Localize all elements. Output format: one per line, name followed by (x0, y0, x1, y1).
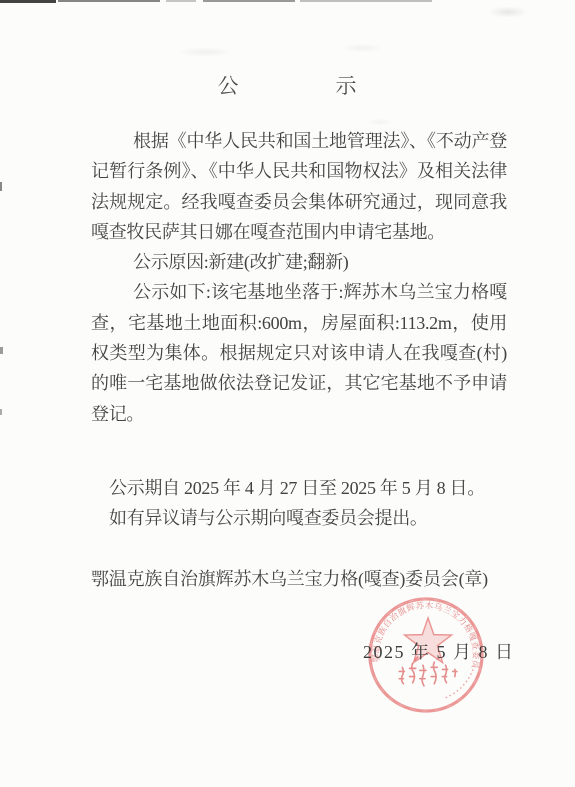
title-char-1: 公 (218, 70, 240, 100)
public-notice-document: 公 示 根据《中华人民共和国土地管理法》、《不动产登记暂行条例》、《中华人民共和… (0, 0, 575, 787)
scan-artifact-left-edge (0, 347, 3, 354)
paragraph-legal-basis: 根据《中华人民共和国土地管理法》、《不动产登记暂行条例》、《中华人民共和国物权法… (91, 126, 507, 247)
notice-period: 公示期自 2025 年 4 月 27 日至 2025 年 5 月 8 日。 如有… (91, 473, 507, 534)
scan-artifact-top (166, 0, 196, 2)
scan-artifact-top (0, 0, 56, 3)
page-title: 公 示 (0, 70, 575, 100)
title-char-2: 示 (336, 70, 358, 100)
notice-body: 根据《中华人民共和国土地管理法》、《不动产登记暂行条例》、《中华人民共和国物权法… (91, 126, 507, 429)
scan-artifact-left-edge (0, 182, 2, 191)
paragraph-objection-note: 如有异议请与公示期向嘎查委员会提出。 (91, 503, 507, 533)
seal-dotted-arc (445, 665, 475, 698)
paragraph-publicity-period: 公示期自 2025 年 4 月 27 日至 2025 年 5 月 8 日。 (91, 473, 507, 503)
signature-date: 2025 年 5 月 8 日 (363, 638, 515, 664)
scan-artifact-top (300, 0, 432, 2)
paragraph-notice-reason: 公示原因:新建(改扩建;翻新) (91, 247, 507, 277)
paragraph-notice-details: 公示如下:该宅基地坐落于:辉苏木乌兰宝力格嘎查，宅基地土地面积:600m，房屋面… (91, 277, 507, 428)
scan-artifact-top (203, 0, 295, 2)
scan-artifact-top (58, 0, 160, 2)
scan-artifact-left-edge (0, 409, 2, 415)
